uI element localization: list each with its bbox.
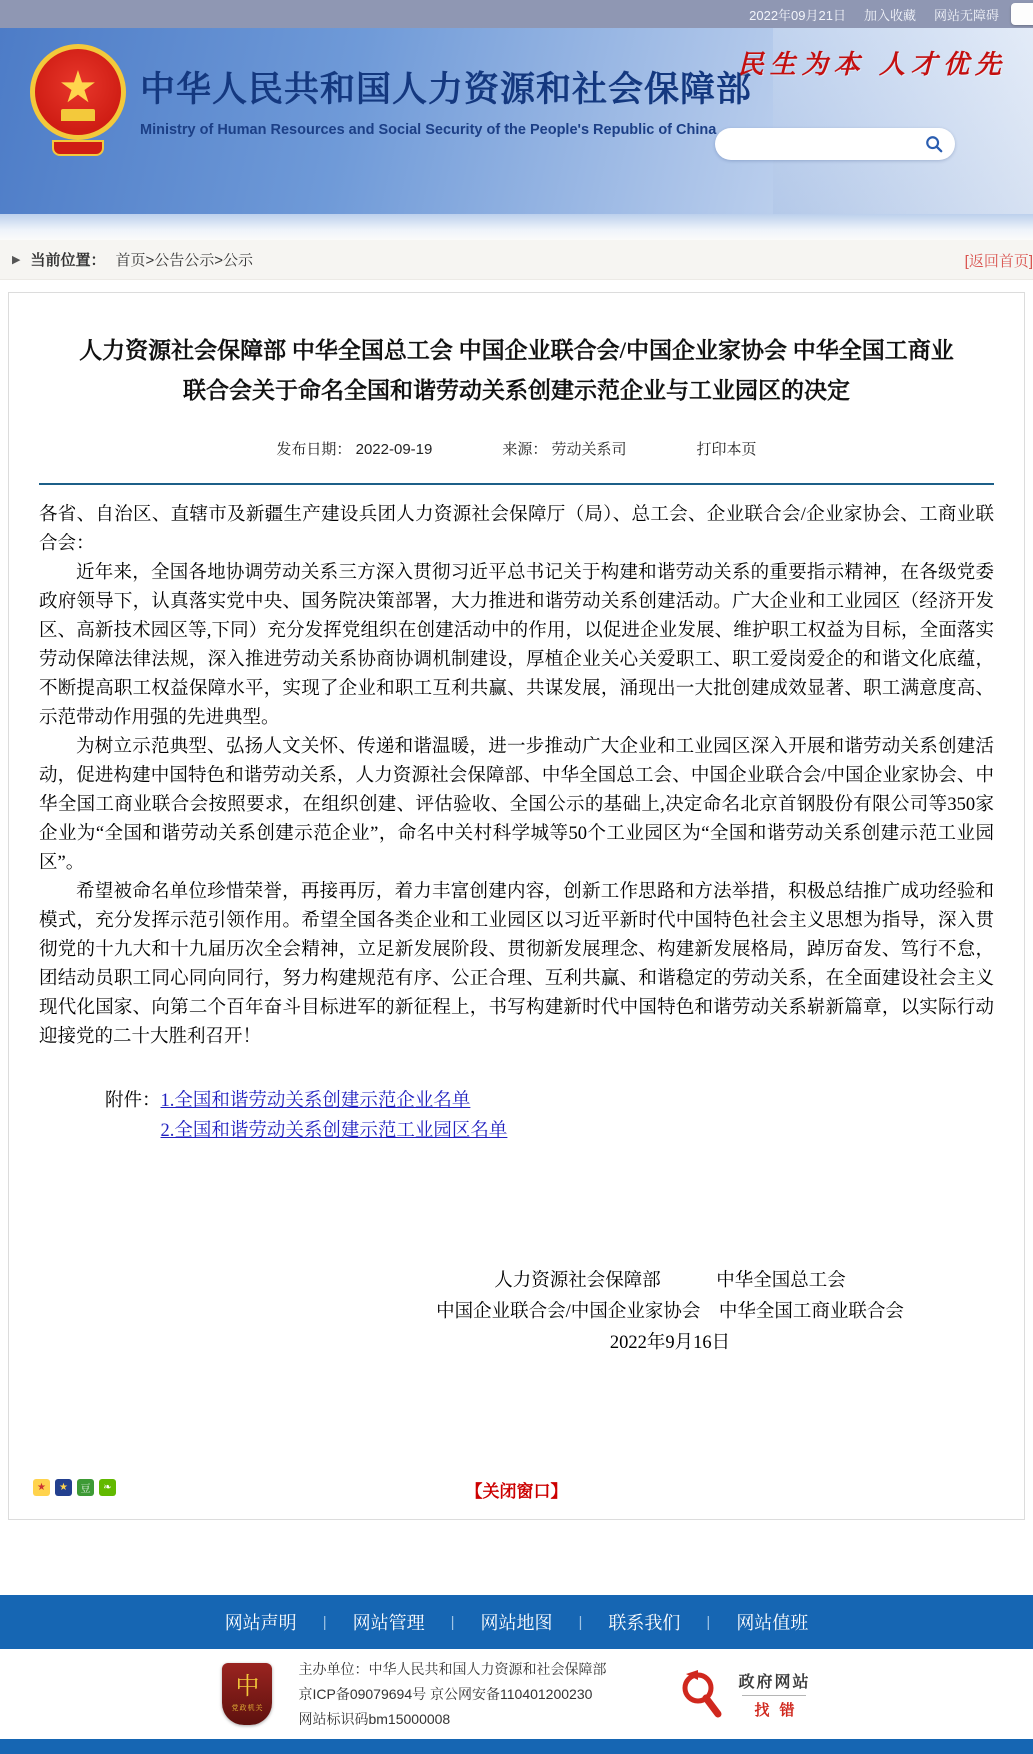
breadcrumb-label: 当前位置： xyxy=(30,249,105,270)
footer-link-management[interactable]: 网站管理 xyxy=(353,1609,425,1635)
party-gov-badge-icon: 中 党政机关 xyxy=(222,1663,272,1725)
breadcrumb-arrow-icon: ▶ xyxy=(12,253,20,266)
breadcrumb-bar: ▶ 当前位置： 首页>公告公示>公示 [返回首页] xyxy=(0,240,1033,280)
national-emblem-ribbon xyxy=(52,140,104,156)
article-title: 人力资源社会保障部 中华全国总工会 中国企业联合会/中国企业家协会 中华全国工商… xyxy=(77,331,957,412)
source-label: 来源： xyxy=(502,441,547,458)
bottom-blue-strip xyxy=(0,1739,1033,1754)
finder-divider xyxy=(742,1695,806,1696)
site-banner: ★ 中华人民共和国人力资源和社会保障部 Ministry of Human Re… xyxy=(0,28,1033,214)
attachments-block: 附件： 1.全国和谐劳动关系创建示范企业名单 2.全国和谐劳动关系创建示范工业园… xyxy=(105,1086,994,1146)
signature-line-2: 中国企业联合会/中国企业家协会 中华全国工商业联合会 xyxy=(360,1297,980,1328)
attachments-label: 附件： xyxy=(105,1086,161,1146)
wechat-share-icon[interactable]: ❧ xyxy=(99,1479,116,1496)
accessibility-link[interactable]: 网站无障碍 xyxy=(934,5,999,24)
close-window-button[interactable]: 【关闭窗口】 xyxy=(466,1477,568,1502)
salutation-paragraph: 各省、自治区、直辖市及新疆生产建设兵团人力资源社会保障厅（局）、总工会、企业联合… xyxy=(39,501,994,559)
source: 来源： 劳动关系司 xyxy=(502,438,626,459)
source-value: 劳动关系司 xyxy=(552,441,627,458)
add-favorites-link[interactable]: 加入收藏 xyxy=(864,5,916,24)
signature-line-1: 人力资源社会保障部 中华全国总工会 xyxy=(360,1266,980,1297)
footer-link-duty[interactable]: 网站值班 xyxy=(736,1609,808,1635)
weibo-share-icon[interactable]: ★ xyxy=(33,1479,50,1496)
gov-site-finder-badge[interactable]: 政府网站 找错 xyxy=(676,1668,810,1720)
search-icon[interactable] xyxy=(923,133,945,155)
article-container: 人力资源社会保障部 中华全国总工会 中国企业联合会/中国企业家协会 中华全国工商… xyxy=(8,292,1025,1520)
organizer-line: 主办单位：中华人民共和国人力资源和社会保障部 xyxy=(298,1657,606,1682)
icp-line: 京ICP备09079694号 京公网安备110401200230 xyxy=(298,1682,606,1707)
signature-block: 人力资源社会保障部 中华全国总工会 中国企业联合会/中国企业家协会 中华全国工商… xyxy=(360,1266,980,1359)
article-meta: 发布日期： 2022-09-19 来源： 劳动关系司 打印本页 xyxy=(39,438,994,459)
finder-action: 找错 xyxy=(744,1699,804,1720)
footer-separator: | xyxy=(706,1614,710,1631)
star-icon: ★ xyxy=(58,66,97,110)
site-subtitle: Ministry of Human Resources and Social S… xyxy=(140,122,752,138)
finder-title: 政府网站 xyxy=(738,1669,810,1692)
gate-icon xyxy=(61,109,95,121)
article-footer-row: ★ ★ 豆 ❧ 【关闭窗口】 xyxy=(39,1477,994,1501)
signature-date: 2022年9月16日 xyxy=(360,1328,980,1359)
finder-magnifier-icon xyxy=(676,1668,728,1720)
qzone-share-icon[interactable]: ★ xyxy=(55,1479,72,1496)
footer-link-contact[interactable]: 联系我们 xyxy=(608,1609,680,1635)
body-paragraph-3: 希望被命名单位珍惜荣誉，再接再厉，着力丰富创建内容，创新工作思路和方法举措，积极… xyxy=(39,878,994,1052)
print-page-button[interactable]: 打印本页 xyxy=(697,438,757,459)
badge-emblem-icon: 中 xyxy=(235,1675,259,1699)
publish-date: 发布日期： 2022-09-19 xyxy=(276,438,432,459)
body-paragraph-1: 近年来，全国各地协调劳动关系三方深入贯彻习近平总书记关于构建和谐劳动关系的重要指… xyxy=(39,559,994,733)
footer-separator: | xyxy=(451,1614,455,1631)
footer-separator: | xyxy=(579,1614,583,1631)
footer-link-sitemap[interactable]: 网站地图 xyxy=(481,1609,553,1635)
current-date: 2022年09月21日 xyxy=(749,5,846,24)
site-code-line: 网站标识码bm15000008 xyxy=(298,1707,606,1732)
footer-info: 中 党政机关 主办单位：中华人民共和国人力资源和社会保障部 京ICP备09079… xyxy=(0,1649,1033,1739)
footer-separator: | xyxy=(323,1614,327,1631)
site-title: 中华人民共和国人力资源和社会保障部 xyxy=(140,62,752,112)
title-divider xyxy=(39,483,994,485)
footer-link-statement[interactable]: 网站声明 xyxy=(225,1609,297,1635)
banner-fade xyxy=(0,214,1033,240)
breadcrumb-path[interactable]: 首页>公告公示>公示 xyxy=(115,249,253,270)
article-body: 各省、自治区、直辖市及新疆生产建设兵团人力资源社会保障厅（局）、总工会、企业联合… xyxy=(39,501,994,1052)
publish-date-label: 发布日期： xyxy=(276,441,351,458)
attachment-link-parks[interactable]: 2.全国和谐劳动关系创建示范工业园区名单 xyxy=(161,1116,508,1146)
site-slogan: 民生为本 人才优先 xyxy=(738,44,1007,81)
top-utility-bar: 2022年09月21日 加入收藏 网站无障碍 xyxy=(0,0,1033,28)
publish-date-value: 2022-09-19 xyxy=(356,441,433,458)
return-home-link[interactable]: [返回首页] xyxy=(965,250,1033,271)
search-input[interactable] xyxy=(731,136,923,152)
accessibility-widget[interactable] xyxy=(1011,3,1033,25)
attachment-link-enterprises[interactable]: 1.全国和谐劳动关系创建示范企业名单 xyxy=(161,1086,508,1116)
badge-label: 党政机关 xyxy=(231,1703,263,1713)
body-paragraph-2: 为树立示范典型、弘扬人文关怀、传递和谐温暖，进一步推动广大企业和工业园区深入开展… xyxy=(39,733,994,878)
search-box[interactable] xyxy=(715,128,955,160)
douban-share-icon[interactable]: 豆 xyxy=(77,1479,94,1496)
national-emblem-logo: ★ xyxy=(30,44,126,140)
footer-nav: 网站声明 | 网站管理 | 网站地图 | 联系我们 | 网站值班 xyxy=(0,1595,1033,1649)
share-icons: ★ ★ 豆 ❧ xyxy=(33,1479,116,1496)
